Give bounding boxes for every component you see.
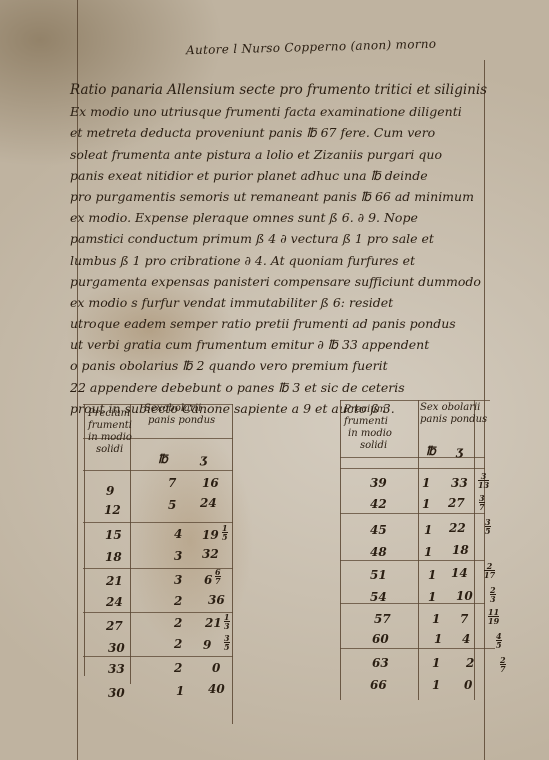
pound-cell: 2: [174, 661, 182, 675]
header-line: panis pondus: [420, 414, 487, 426]
pound-unit-header: ℔: [426, 444, 436, 458]
text-line: ut verbi gratia cum frumentum emitur ∂ ℔…: [70, 334, 490, 355]
pound-cell: 1: [428, 590, 436, 604]
pound-cell: 7: [168, 476, 176, 490]
price-cell: 45: [370, 523, 387, 537]
table-rule: [83, 656, 233, 657]
weight-column-header: Sex obolarii panis pondus: [420, 402, 487, 426]
numerator: 3: [479, 494, 485, 502]
pound-cell: 3: [174, 549, 182, 563]
text-line: Ex modio uno utriusque frumenti facta ex…: [70, 101, 490, 122]
denominator: 5: [496, 640, 502, 649]
denominator: 7: [500, 664, 506, 673]
pound-cell: 1: [176, 684, 184, 698]
price-cell: 9: [106, 484, 114, 498]
price-cell: 27: [106, 619, 123, 633]
ounce-cell: 7: [460, 612, 468, 626]
pound-cell: 1: [422, 497, 430, 511]
text-line: pro purgamentis semoris ut remaneant pan…: [70, 186, 490, 207]
price-cell: 39: [370, 476, 387, 490]
ounce-unit-header: ʒ: [200, 452, 207, 466]
ounce-cell: 18: [452, 543, 469, 557]
numerator: 3: [485, 518, 491, 526]
price-cell: 33: [108, 662, 125, 676]
ounce-cell: 0: [212, 661, 220, 675]
header-line: Sexobolarii: [144, 403, 215, 415]
table-rule: [340, 603, 485, 604]
pound-cell: 2: [174, 594, 182, 608]
ounce-cell: 19: [202, 528, 219, 542]
ounce-cell: 33: [451, 476, 468, 490]
header-line: frumenti: [344, 416, 392, 428]
denominator: 13: [478, 480, 489, 489]
numerator: 2: [484, 562, 495, 570]
numerator: 3: [224, 634, 230, 642]
text-line: et metreta deducta proveniunt panis ℔ 67…: [70, 122, 490, 143]
header-line: Sex obolarii: [420, 402, 487, 414]
manuscript-heading: Autore l Nurso Copperno (anon) morno: [186, 37, 437, 58]
price-cell: 15: [105, 528, 122, 542]
price-cell: 42: [370, 497, 387, 511]
ounce-cell: 36: [208, 593, 225, 607]
pound-cell: 4: [174, 527, 182, 541]
pound-cell: 1: [424, 523, 432, 537]
numerator: 11: [488, 608, 499, 616]
header-line: in modio: [88, 432, 132, 444]
table-rule: [84, 404, 85, 676]
pound-unit-header: ℔: [158, 452, 168, 466]
fraction-cell: 27: [500, 656, 506, 673]
text-line: utroque eadem semper ratio pretii frumen…: [70, 313, 490, 334]
numerator: 2: [500, 656, 506, 664]
header-line: Precium: [88, 408, 132, 420]
ounce-cell: 40: [208, 682, 225, 696]
ounce-cell: 14: [451, 566, 468, 580]
pound-cell: 2: [174, 616, 182, 630]
pound-cell: 1: [432, 612, 440, 626]
pound-cell: 2: [174, 637, 182, 651]
ounce-cell: 2: [466, 656, 474, 670]
pound-cell: 1: [432, 656, 440, 670]
text-line: ex modio. Expense pleraque omnes sunt ß …: [70, 207, 490, 228]
table-rule: [340, 400, 341, 700]
text-line: lumbus ß 1 pro cribratione ∂ 4. At quoni…: [70, 250, 490, 271]
table-rule: [83, 470, 233, 471]
denominator: 5: [224, 642, 230, 651]
text-line: panis exeat nitidior et purior planet ad…: [70, 165, 490, 186]
fraction-cell: 13: [224, 613, 230, 630]
table-rule: [418, 400, 419, 700]
price-cell: 30: [108, 686, 125, 700]
ounce-cell: 27: [448, 496, 465, 510]
numerator: 2: [490, 586, 496, 594]
ounce-cell: 16: [202, 476, 219, 490]
price-cell: 24: [106, 595, 123, 609]
price-column-header: Precium frumenti in modio solidi: [344, 404, 392, 452]
ounce-cell: 22: [449, 521, 466, 535]
header-line: frumenti: [88, 420, 132, 432]
table-rule: [340, 513, 485, 514]
fraction-cell: 23: [490, 586, 496, 603]
table-rule: [474, 400, 475, 700]
price-cell: 54: [370, 590, 387, 604]
pound-cell: 1: [422, 476, 430, 490]
denominator: 19: [488, 616, 499, 625]
pound-cell: 1: [424, 545, 432, 559]
table-rule: [340, 468, 485, 469]
table-rule: [83, 568, 233, 569]
text-line: ex modio s furfur vendat immutabiliter ß…: [70, 292, 490, 313]
price-cell: 60: [372, 632, 389, 646]
ounce-cell: 9: [203, 638, 211, 652]
text-line: pamstici conductum primum ß 4 ∂ vectura …: [70, 228, 490, 249]
price-cell: 30: [108, 641, 125, 655]
ounce-cell: 0: [464, 678, 472, 692]
manuscript-paragraph: Ratio panaria Allensium secte pro frumen…: [70, 80, 490, 419]
numerator: 3: [478, 472, 489, 480]
table-rule: [232, 404, 233, 724]
numerator: 1: [224, 613, 230, 621]
price-cell: 51: [370, 568, 387, 582]
ounce-cell: 21: [205, 616, 222, 630]
denominator: 5: [222, 532, 228, 541]
numerator: 6: [215, 568, 221, 576]
price-cell: 48: [370, 545, 387, 559]
pound-cell: 1: [428, 568, 436, 582]
price-cell: 12: [104, 503, 121, 517]
ounce-unit-header: ʒ: [456, 444, 463, 458]
price-column-header: Precium frumenti in modio solidi: [88, 408, 132, 456]
denominator: 7: [479, 502, 485, 511]
denominator: 17: [484, 570, 495, 579]
denominator: 7: [215, 576, 221, 585]
price-cell: 57: [374, 612, 391, 626]
ounce-cell: 10: [456, 589, 473, 603]
table-rule: [340, 400, 490, 401]
numerator: 4: [496, 632, 502, 640]
price-cell: 21: [106, 574, 123, 588]
header-line: solidi: [88, 444, 132, 456]
fraction-cell: 35: [485, 518, 491, 535]
header-line: in modio: [344, 428, 392, 440]
table-rule: [83, 522, 233, 523]
denominator: 3: [490, 594, 496, 603]
fraction-cell: 217: [484, 562, 495, 579]
numerator: 1: [222, 524, 228, 532]
text-line: o panis obolarius ℔ 2 quando vero premiu…: [70, 355, 490, 376]
header-line: Precium: [344, 404, 392, 416]
text-line: purgamenta expensas panisteri compensare…: [70, 271, 490, 292]
table-rule: [83, 612, 233, 613]
weight-column-header: Sexobolarii panis pondus: [144, 403, 215, 427]
ounce-cell: 6: [204, 573, 212, 587]
fraction-cell: 313: [478, 472, 489, 489]
ounce-cell: 4: [462, 632, 470, 646]
fraction-cell: 35: [224, 634, 230, 651]
ounce-cell: 32: [202, 547, 219, 561]
denominator: 3: [224, 621, 230, 630]
header-line: solidi: [344, 440, 392, 452]
ounce-cell: 24: [200, 496, 217, 510]
fraction-cell: 45: [496, 632, 502, 649]
fraction-cell: 37: [479, 494, 485, 511]
table-rule: [340, 560, 485, 561]
fraction-cell: 67: [215, 568, 221, 585]
pound-cell: 5: [168, 498, 176, 512]
text-line: Ratio panaria Allensium secte pro frumen…: [70, 80, 490, 101]
fraction-cell: 15: [222, 524, 228, 541]
price-cell: 66: [370, 678, 387, 692]
table-rule: [340, 457, 485, 458]
pound-cell: 1: [434, 632, 442, 646]
price-cell: 18: [105, 550, 122, 564]
text-line: 22 appendere debebunt o panes ℔ 3 et sic…: [70, 377, 490, 398]
fraction-cell: 1119: [488, 608, 499, 625]
header-line: panis pondus: [144, 415, 215, 427]
text-line: soleat frumenta ante pistura a lolio et …: [70, 144, 490, 165]
price-cell: 63: [372, 656, 389, 670]
pound-cell: 3: [174, 573, 182, 587]
pound-cell: 1: [432, 678, 440, 692]
denominator: 5: [485, 526, 491, 535]
